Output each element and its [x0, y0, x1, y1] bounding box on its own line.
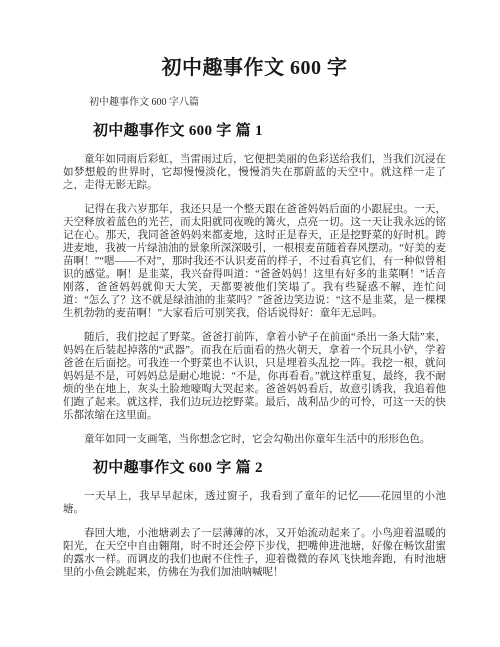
section-heading-1: 初中趣事作文 600 字 篇 1 — [63, 121, 446, 141]
essay-paragraph: 春回大地，小池塘剥去了一层薄薄的冰，又开始流动起来了。小鸟迎着温暖的阳光，在天空… — [63, 527, 446, 579]
document-subtitle: 初中趣事作文 600 字八篇 — [63, 96, 446, 109]
essay-paragraph: 童年如同雨后彩虹，当雷雨过后，它便把美丽的色彩送给我们，当我们沉浸在如梦想般的世… — [63, 153, 446, 192]
essay-section-1: 初中趣事作文 600 字 篇 1 童年如同雨后彩虹，当雷雨过后，它便把美丽的色彩… — [63, 121, 446, 446]
essay-paragraph: 随后，我们挖起了野菜。爸爸打前阵，拿着小铲子在前面“杀出一条大陆”来，妈妈在后装… — [63, 331, 446, 422]
essay-section-2: 初中趣事作文 600 字 篇 2 一天早上，我早早起床，透过窗子，我看到了童年的… — [63, 458, 446, 579]
essay-paragraph: 童年如同一支画笔，当你想念它时，它会勾勒出你童年生活中的形形色色。 — [63, 433, 446, 446]
essay-paragraph: 记得在我六岁那年，我还只是一个整天跟在爸爸妈妈后面的小跟屁虫。一天，天空释放着蓝… — [63, 203, 446, 320]
document-title: 初中趣事作文 600 字 — [63, 54, 446, 82]
document-page: 初中趣事作文 600 字 初中趣事作文 600 字八篇 初中趣事作文 600 字… — [0, 0, 500, 647]
section-heading-2: 初中趣事作文 600 字 篇 2 — [63, 458, 446, 478]
essay-paragraph: 一天早上，我早早起床，透过窗子，我看到了童年的记忆——花园里的小池塘。 — [63, 490, 446, 516]
